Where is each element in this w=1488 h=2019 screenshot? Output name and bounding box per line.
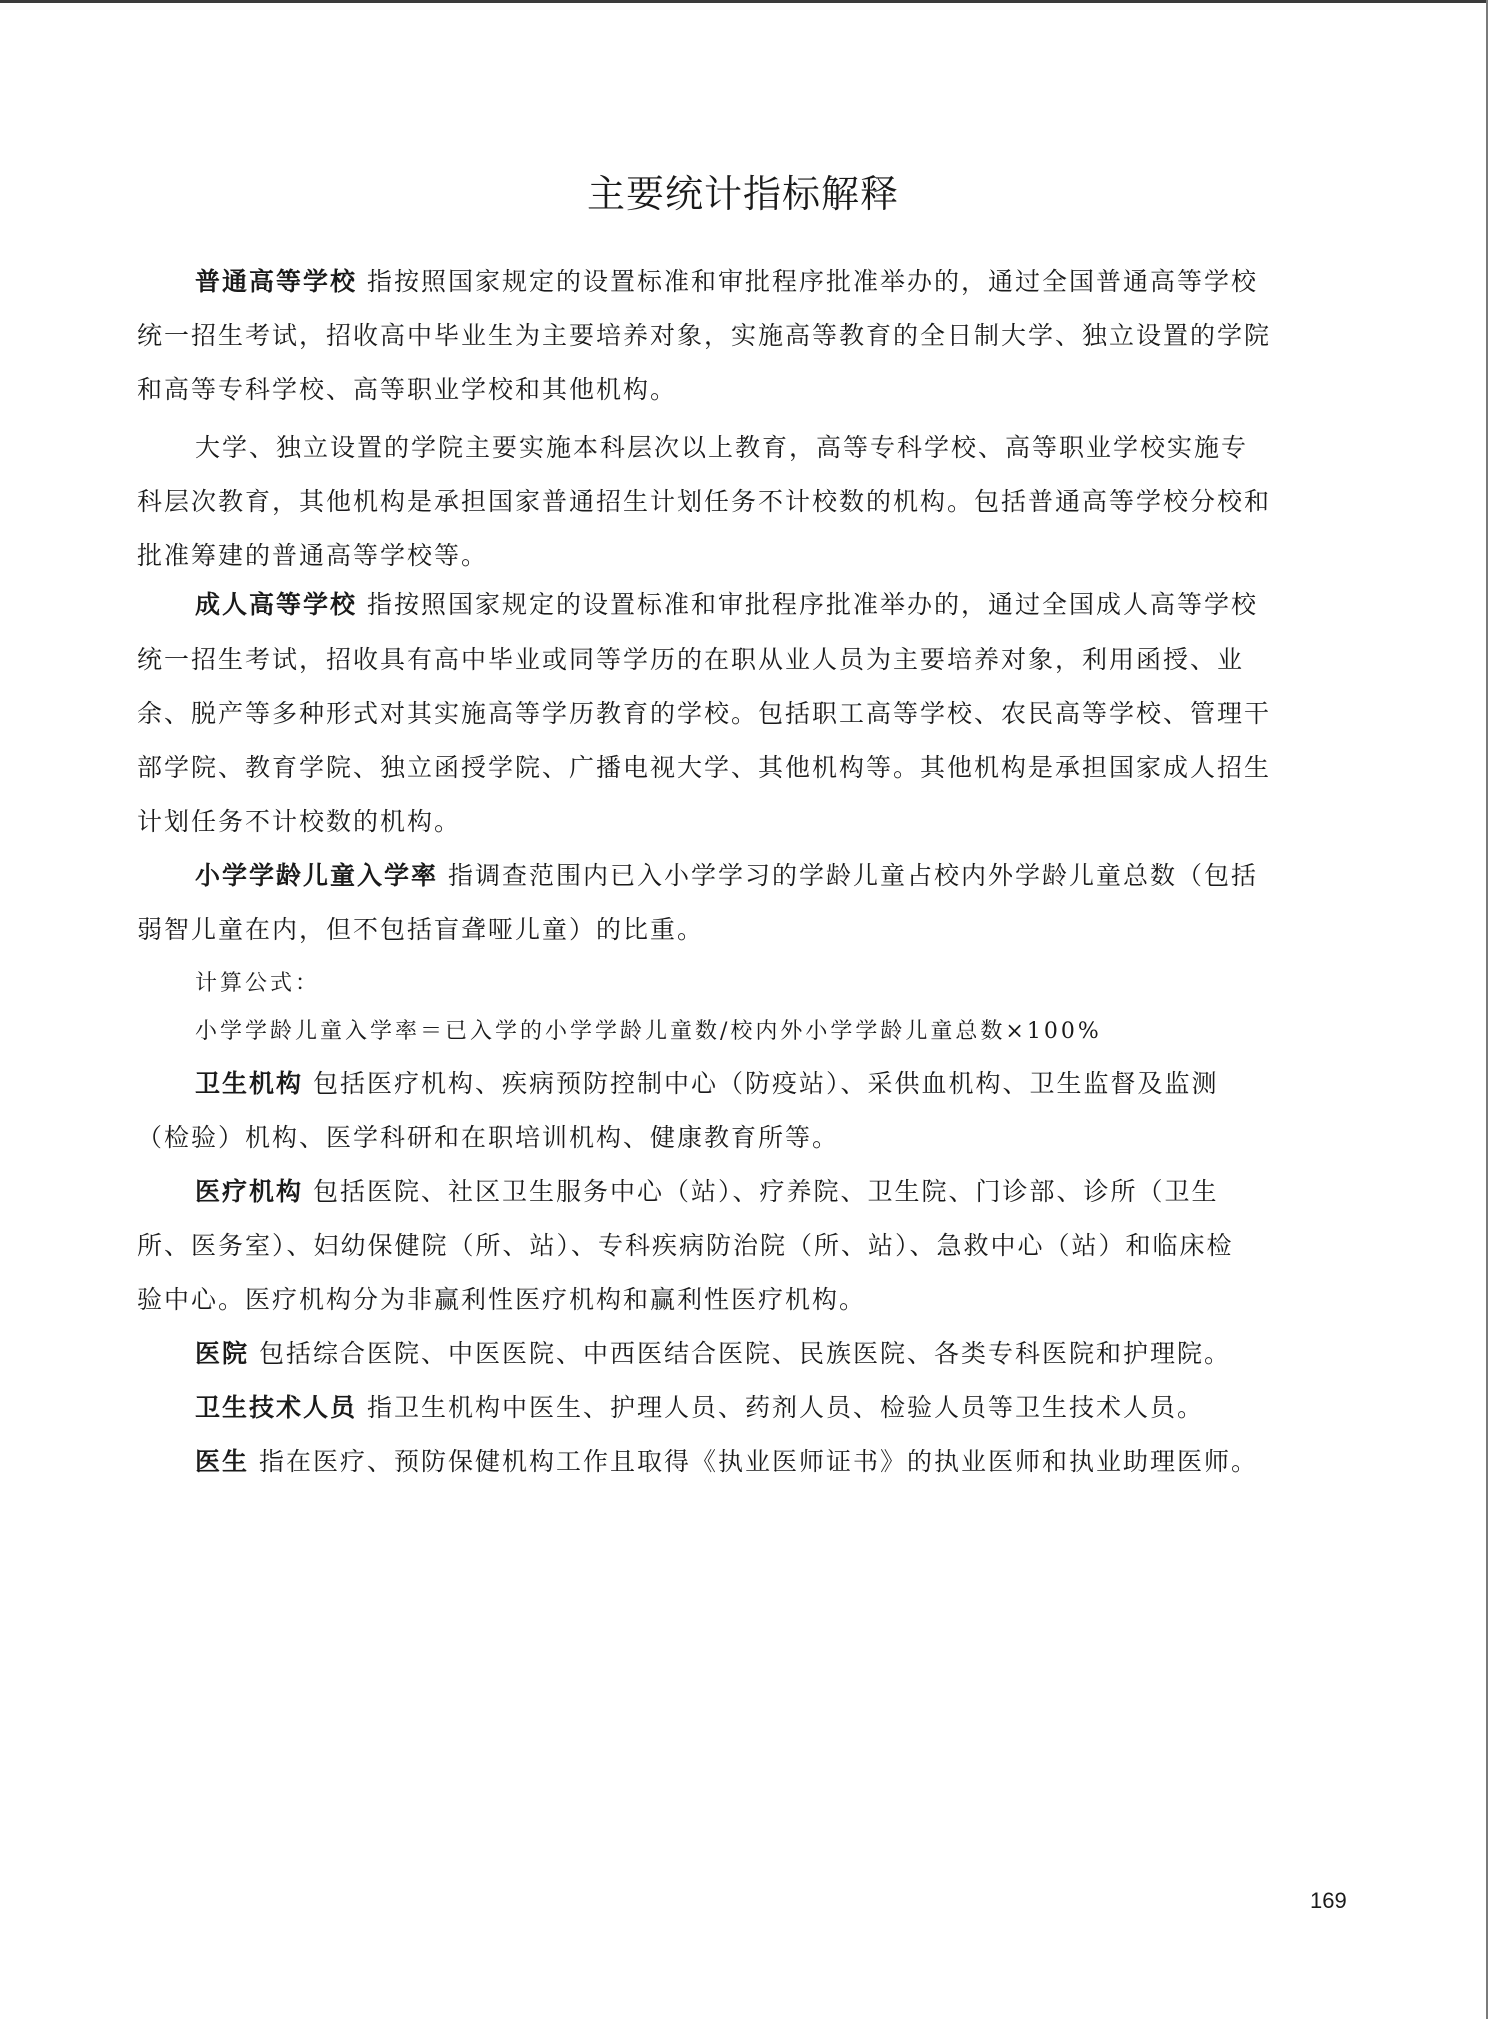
definition-term: 医院 xyxy=(195,1339,249,1368)
definition-line: 卫生机构包括医疗机构、疾病预防控制中心（防疫站）、采供血机构、卫生监督及监测 xyxy=(195,1064,1219,1104)
paragraph-line: 科层次教育，其他机构是承担国家普通招生计划任务不计校数的机构。包括普通高等学校分… xyxy=(137,482,1271,522)
scan-top-edge xyxy=(0,0,1488,3)
definition-line: 医疗机构包括医院、社区卫生服务中心（站）、疗养院、卫生院、门诊部、诊所（卫生 xyxy=(195,1172,1219,1212)
definition-line: 小学学龄儿童入学率指调查范围内已入小学学习的学龄儿童占校内外学龄儿童总数（包括 xyxy=(195,856,1258,896)
page-number: 169 xyxy=(1310,1888,1347,1914)
definition-line: 卫生技术人员指卫生机构中医生、护理人员、药剂人员、检验人员等卫生技术人员。 xyxy=(195,1388,1204,1428)
definition-line: （检验）机构、医学科研和在职培训机构、健康教育所等。 xyxy=(137,1118,839,1158)
paragraph-line: 批准筹建的普通高等学校等。 xyxy=(137,536,488,576)
definition-line: 普通高等学校指按照国家规定的设置标准和审批程序批准举办的，通过全国普通高等学校 xyxy=(195,262,1258,302)
formula: 小学学龄儿童入学率＝已入学的小学学龄儿童数/校内外小学学龄儿童总数×100% xyxy=(195,1012,1102,1052)
definition-line: 计划任务不计校数的机构。 xyxy=(137,802,461,842)
definition-line: 医院包括综合医院、中医医院、中西医结合医院、民族医院、各类专科医院和护理院。 xyxy=(195,1334,1231,1374)
definition-term: 医疗机构 xyxy=(195,1177,303,1206)
page-title: 主要统计指标解释 xyxy=(137,163,1349,218)
definition-term: 医生 xyxy=(195,1447,249,1476)
paragraph-line: 大学、独立设置的学院主要实施本科层次以上教育，高等专科学校、高等职业学校实施专 xyxy=(195,428,1248,468)
definition-term: 成人高等学校 xyxy=(195,590,357,619)
definition-line: 统一招生考试，招收高中毕业生为主要培养对象，实施高等教育的全日制大学、独立设置的… xyxy=(137,316,1271,356)
definition-term: 小学学龄儿童入学率 xyxy=(195,861,438,890)
definition-term: 卫生技术人员 xyxy=(195,1393,357,1422)
definition-line: 部学院、教育学院、独立函授学院、广播电视大学、其他机构等。其他机构是承担国家成人… xyxy=(137,748,1271,788)
definition-term: 卫生机构 xyxy=(195,1069,303,1098)
definition-line: 成人高等学校指按照国家规定的设置标准和审批程序批准举办的，通过全国成人高等学校 xyxy=(195,585,1258,625)
definition-line: 余、脱产等多种形式对其实施高等学历教育的学校。包括职工高等学校、农民高等学校、管… xyxy=(137,694,1271,734)
definition-term: 普通高等学校 xyxy=(195,267,357,296)
definition-line: 所、医务室）、妇幼保健院（所、站）、专科疾病防治院（所、站）、急救中心（站）和临… xyxy=(137,1226,1234,1266)
definition-line: 验中心。医疗机构分为非赢利性医疗机构和赢利性医疗机构。 xyxy=(137,1280,866,1320)
definition-line: 医生指在医疗、预防保健机构工作且取得《执业医师证书》的执业医师和执业助理医师。 xyxy=(195,1442,1258,1482)
definition-line: 和高等专科学校、高等职业学校和其他机构。 xyxy=(137,370,677,410)
formula-label: 计算公式： xyxy=(195,964,320,1004)
definition-line: 统一招生考试，招收具有高中毕业或同等学历的在职从业人员为主要培养对象，利用函授、… xyxy=(137,640,1244,680)
definition-line: 弱智儿童在内，但不包括盲聋哑儿童）的比重。 xyxy=(137,910,704,950)
